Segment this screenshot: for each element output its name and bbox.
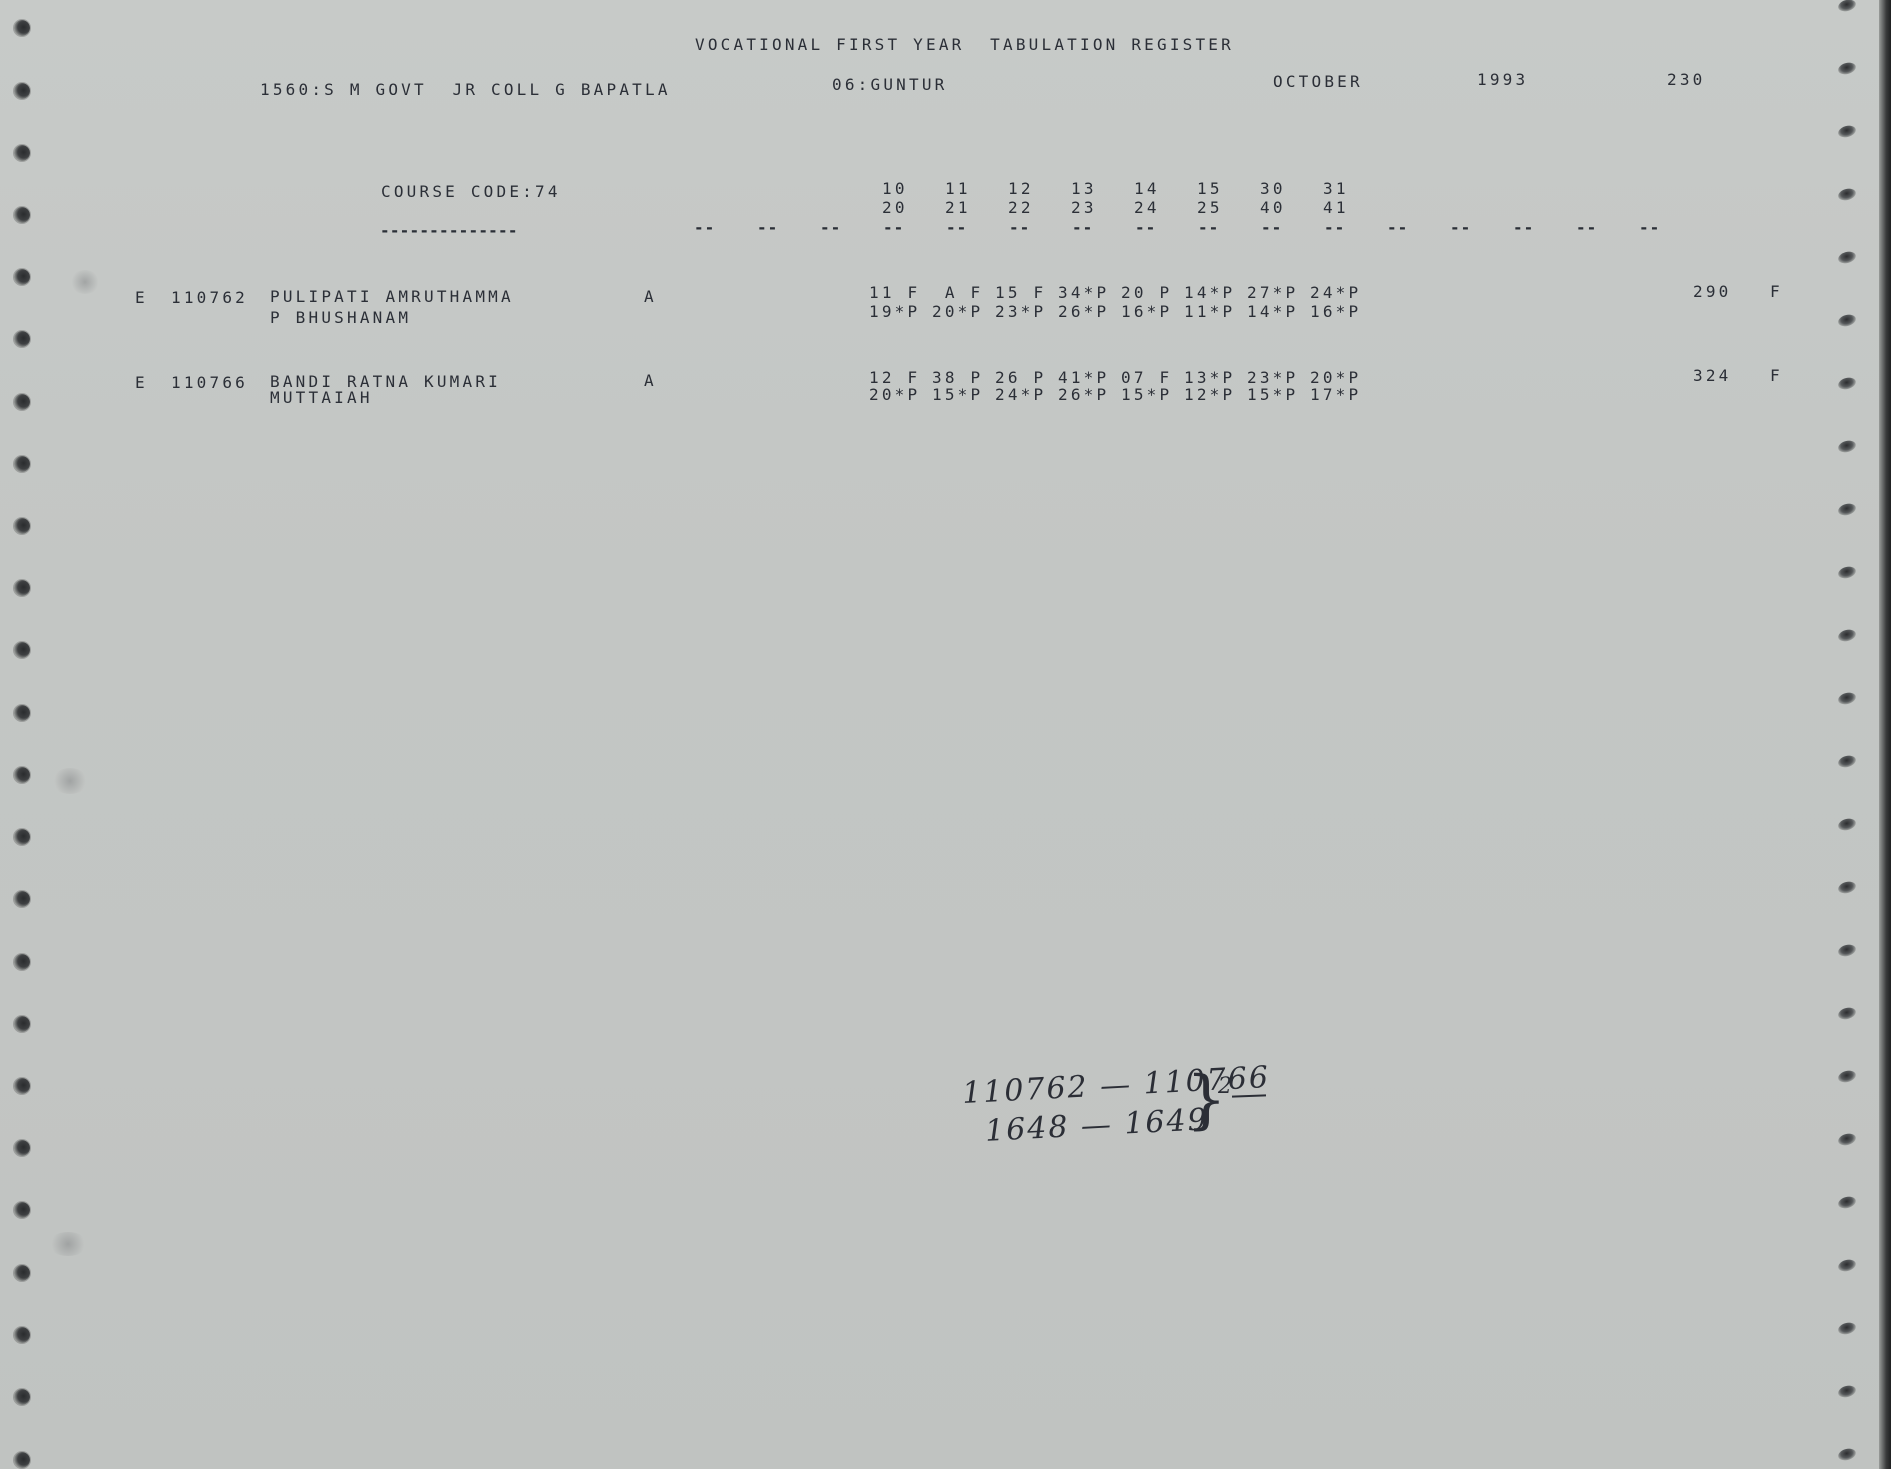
feed-hole-icon [1837,691,1857,706]
subject-code: 15 [1197,180,1223,198]
subject-mark: 24*P [1310,284,1361,302]
parent-name: P BHUSHANAM [270,309,411,327]
subject-code: 22 [1008,199,1034,217]
college-name: 1560:S M GOVT JR COLL G BAPATLA [260,81,671,99]
column-dash: -- [1135,219,1156,237]
subject-mark: 14*P [1184,284,1235,302]
subject-mark: 15 F [995,284,1046,302]
feed-hole-icon [1837,0,1857,13]
feed-hole-icon [1837,1069,1857,1084]
column-dash: -- [1324,219,1345,237]
feed-hole-icon [14,456,30,472]
feed-hole-icon [1837,376,1857,391]
column-dash: -- [757,219,778,237]
feed-hole-icon [1837,754,1857,769]
column-dash: -- [946,219,967,237]
feed-hole-icon [14,83,30,99]
feed-hole-icon [14,891,30,907]
left-tractor-feed-strip [14,0,54,1469]
district-name: 06:GUNTUR [832,76,948,94]
feed-hole-icon [1837,439,1857,454]
tabulation-register-page: VOCATIONAL FIRST YEAR TABULATION REGISTE… [0,0,1891,1469]
paper-smudge [48,1232,88,1256]
feed-hole-icon [14,331,30,347]
feed-hole-icon [14,518,30,534]
result-status: F [1770,367,1783,385]
subject-code: 20 [882,199,908,217]
subject-mark: 20*P [869,386,920,404]
column-dash: -- [883,219,904,237]
feed-hole-icon [1837,250,1857,265]
column-dash: -- [1450,219,1471,237]
subject-mark: 26*P [1058,386,1109,404]
feed-hole-icon [1837,1384,1857,1399]
subject-code: 30 [1260,180,1286,198]
total-marks: 324 [1693,367,1732,385]
result-status: F [1770,283,1783,301]
subject-mark: 20 P [1121,284,1172,302]
subject-code: 23 [1071,199,1097,217]
column-dash: -- [694,219,715,237]
feed-hole-icon [14,145,30,161]
feed-hole-icon [1837,565,1857,580]
student-category: E [135,374,148,392]
feed-hole-icon [14,1140,30,1156]
hall-ticket-number: 110762 [171,289,248,307]
subject-code: 40 [1260,199,1286,217]
subject-code: 21 [945,199,971,217]
paper-smudge [52,768,88,794]
feed-hole-icon [1837,943,1857,958]
subject-mark: 23*P [995,303,1046,321]
exam-month: OCTOBER [1273,73,1363,91]
subject-code: 24 [1134,199,1160,217]
subject-mark: 11 F [869,284,920,302]
handwritten-range-serials: 1648 — 1649 [984,1102,1209,1149]
medium-code: A [644,372,657,390]
feed-hole-icon [14,580,30,596]
paper-smudge [70,270,100,294]
feed-hole-icon [14,269,30,285]
column-dash: -- [1261,219,1282,237]
column-dash: -- [1387,219,1408,237]
feed-hole-icon [14,1452,30,1468]
column-dash: -- [1639,219,1660,237]
feed-hole-icon [1837,502,1857,517]
subject-mark: 19*P [869,303,920,321]
subject-mark: 17*P [1310,386,1361,404]
page-number: 230 [1667,71,1706,89]
subject-mark: 15*P [1121,386,1172,404]
feed-hole-icon [14,1265,30,1281]
hall-ticket-number: 110766 [171,374,248,392]
subject-code: 12 [1008,180,1034,198]
feed-hole-icon [1837,313,1857,328]
feed-hole-icon [14,207,30,223]
feed-hole-icon [1837,817,1857,832]
exam-year: 1993 [1477,71,1528,89]
feed-hole-icon [1837,1195,1857,1210]
column-dash: -- [1072,219,1093,237]
course-code-label: COURSE CODE:74 [381,183,561,201]
feed-hole-icon [14,1202,30,1218]
column-dash: -- [1009,219,1030,237]
feed-hole-icon [14,394,30,410]
feed-hole-icon [1837,1321,1857,1336]
feed-hole-icon [1837,1132,1857,1147]
subject-code: 10 [882,180,908,198]
feed-hole-icon [1837,1258,1857,1273]
subject-mark: 16*P [1121,303,1172,321]
subject-mark: 14*P [1247,303,1298,321]
feed-hole-icon [14,1327,30,1343]
subject-code: 11 [945,180,971,198]
column-dash: -- [820,219,841,237]
student-category: E [135,289,148,307]
subject-mark: 15*P [932,386,983,404]
subject-mark: 34*P [1058,284,1109,302]
column-dash: -- [1576,219,1597,237]
subject-mark: 20*P [932,303,983,321]
feed-hole-icon [14,767,30,783]
column-dash: -- [1198,219,1219,237]
subject-mark: 11*P [1184,303,1235,321]
feed-hole-icon [1837,61,1857,76]
right-tractor-feed-strip [1838,0,1878,1469]
subject-code: 14 [1134,180,1160,198]
feed-hole-icon [1837,628,1857,643]
course-code-underline: -------------- [380,222,518,240]
subject-mark: 15*P [1247,386,1298,404]
feed-hole-icon [14,954,30,970]
register-title: VOCATIONAL FIRST YEAR TABULATION REGISTE… [695,36,1234,54]
feed-hole-icon [14,1389,30,1405]
subject-mark: 24*P [995,386,1046,404]
subject-mark: A F [932,284,983,302]
medium-code: A [644,288,657,306]
subject-code: 31 [1323,180,1349,198]
page-edge-shadow [1879,0,1891,1469]
feed-hole-icon [1837,187,1857,202]
column-dash: -- [1513,219,1534,237]
subject-code: 41 [1323,199,1349,217]
feed-hole-icon [1837,1006,1857,1021]
subject-mark: 12*P [1184,386,1235,404]
student-name: PULIPATI AMRUTHAMMA [270,288,514,306]
feed-hole-icon [14,1016,30,1032]
feed-hole-icon [1837,1447,1857,1462]
total-marks: 290 [1693,283,1732,301]
parent-name: MUTTAIAH [270,389,373,407]
feed-hole-icon [1837,124,1857,139]
subject-mark: 26*P [1058,303,1109,321]
feed-hole-icon [14,20,30,36]
feed-hole-icon [14,642,30,658]
subject-code: 25 [1197,199,1223,217]
feed-hole-icon [14,1078,30,1094]
subject-code: 13 [1071,180,1097,198]
feed-hole-icon [1837,880,1857,895]
subject-mark: 16*P [1310,303,1361,321]
handwritten-stroke [1232,1094,1266,1097]
feed-hole-icon [14,829,30,845]
subject-mark: 27*P [1247,284,1298,302]
feed-hole-icon [14,705,30,721]
